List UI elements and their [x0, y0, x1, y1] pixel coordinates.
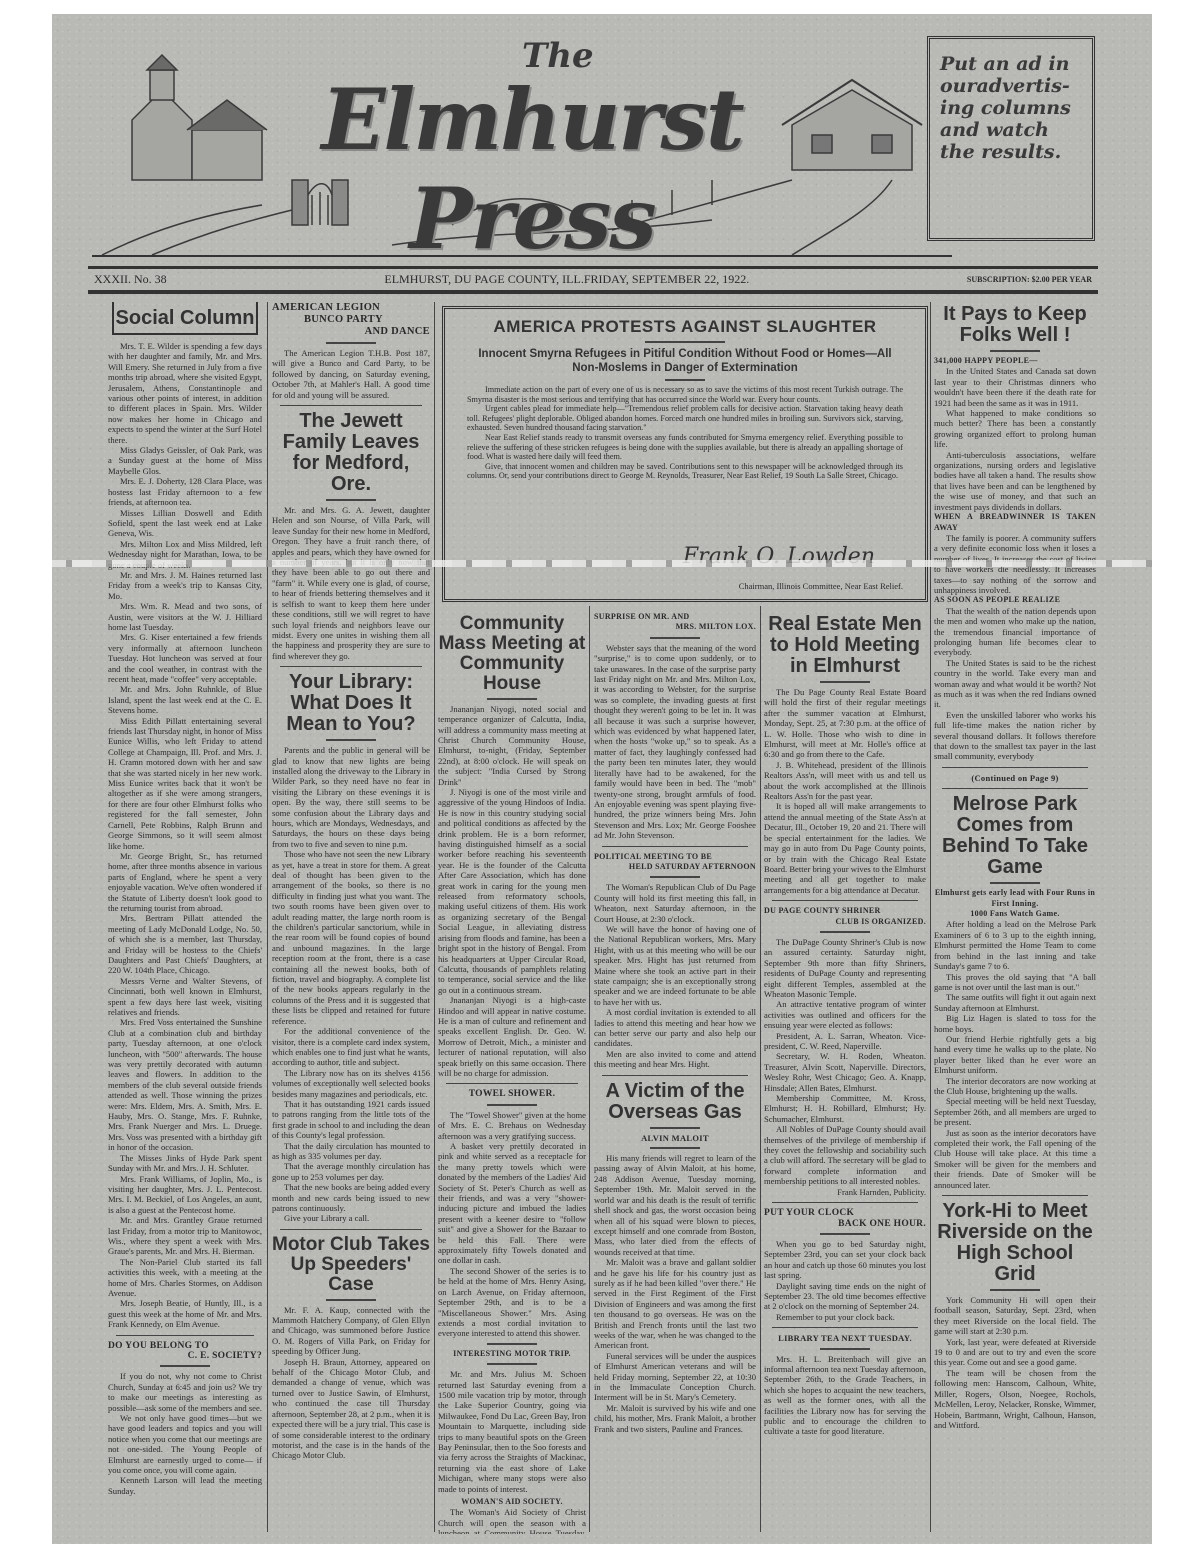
divider	[990, 882, 1040, 884]
paragraph: We will have the honor of having one of …	[594, 924, 756, 1007]
paragraph: Webster says that the meaning of the wor…	[594, 643, 756, 841]
paragraph: J. Niyogi is one of the most virile and …	[438, 787, 586, 995]
divider	[487, 1363, 537, 1365]
subhead: BUNCO PARTY	[272, 314, 430, 326]
paragraph: Mr. and Mrs. J. M. Haines returned last …	[108, 570, 262, 601]
paragraph: Daylight saving time ends on the night o…	[764, 1281, 926, 1312]
near-east-relief-box: AMERICA PROTESTS AGAINST SLAUGHTER Innoc…	[442, 306, 928, 602]
subhead: C. E. SOCIETY?	[108, 1351, 262, 1361]
paragraph: Funeral services will be under the auspi…	[594, 1351, 756, 1403]
subscription-price: SUBSCRIPTION: $2.00 PER YEAR	[967, 275, 1092, 284]
paragraph: A most cordial invitation is extended to…	[594, 1007, 756, 1049]
paragraph: Miss Edith Pillatt entertaining several …	[108, 716, 262, 851]
subhead: DU PAGE COUNTY SHRINER	[764, 906, 926, 916]
divider	[820, 1348, 870, 1350]
paragraph: Immediate action on the part of every on…	[467, 385, 903, 404]
divider	[487, 1343, 537, 1345]
paragraph: In the United States and Canada sat down…	[934, 366, 1096, 408]
column-social: Social Column Mrs. T. E. Wilder is spend…	[108, 302, 262, 1534]
paragraph: Membership Committee, M. Kross, Elmhurst…	[764, 1093, 926, 1124]
divider	[326, 739, 376, 741]
paragraph: Near East Relief stands ready to transmi…	[467, 433, 903, 462]
subhead: INTERESTING MOTOR TRIP.	[438, 1349, 586, 1359]
paragraph: The DuPage County Shriner's Club is now …	[764, 937, 926, 999]
divider	[942, 788, 1088, 789]
paragraph: A basket very prettily decorated in pink…	[438, 1141, 586, 1266]
divider	[772, 1202, 918, 1203]
divider	[942, 1195, 1088, 1196]
divider	[772, 900, 918, 901]
paragraph: Just as soon as the interior decorators …	[934, 1128, 1096, 1190]
paragraph: The Non-Pariel Club started its fall act…	[108, 1257, 262, 1299]
divider	[326, 499, 376, 501]
divider	[602, 846, 748, 847]
divider	[326, 1299, 376, 1301]
headline: AMERICA PROTESTS AGAINST SLAUGHTER	[467, 317, 903, 337]
paragraph: Mrs. Wm. R. Mead and two sons, of Austin…	[108, 601, 262, 632]
divider	[820, 681, 870, 683]
column-rule	[589, 606, 590, 1532]
paragraph: Those who have not seen the new Library …	[272, 849, 430, 1026]
paragraph: J. B. Whitehead, president of the Illino…	[764, 760, 926, 802]
divider	[160, 1365, 210, 1367]
headline: Melrose Park Comes from Behind To Take G…	[934, 794, 1096, 878]
divider	[280, 666, 422, 667]
headline: It Pays to Keep Folks Well !	[934, 304, 1096, 346]
paragraph: Misses Lillian Doswell and Edith Sofield…	[108, 508, 262, 539]
paragraph: Even the unskilled laborer who works his…	[934, 710, 1096, 762]
paragraph: Special meeting will be held next Tuesda…	[934, 1096, 1096, 1127]
paragraph: Give, that innocent women and children m…	[467, 462, 903, 481]
subhead: MRS. MILTON LOX.	[594, 622, 756, 632]
social-column-head-box: Social Column	[112, 302, 258, 335]
paragraph: His many friends will regret to learn of…	[594, 1153, 756, 1257]
paragraph: Jnananjan Niyogi is a high-caste Hindoo …	[438, 995, 586, 1078]
dateline: XXXII. No. 38 ELMHURST, DU PAGE COUNTY, …	[88, 266, 1098, 294]
divider	[820, 1233, 870, 1235]
masthead: The Elmhurst Press	[92, 30, 952, 258]
divider	[116, 1335, 254, 1336]
newspaper-page: The Elmhurst Press Put an ad in ouradver…	[52, 14, 1152, 1544]
divider	[990, 350, 1040, 352]
paragraph: The United States is said to be the rich…	[934, 658, 1096, 710]
paragraph: Mrs. Bertram Pillatt attended the meetin…	[108, 913, 262, 975]
subhead: 1000 Fans Watch Game.	[934, 909, 1096, 919]
divider	[326, 342, 376, 344]
paragraph: Mr. and Mrs. John Ruhnkle, of Blue Islan…	[108, 684, 262, 715]
paragraph: York, last year, were defeated at Rivers…	[934, 1337, 1096, 1368]
subhead: HELD SATURDAY AFTERNOON	[594, 862, 756, 872]
page-fold-tear	[52, 560, 1152, 567]
ad-line: the results.	[940, 141, 1082, 163]
paragraph: Mrs. Frank Williams, of Joplin, Mo., is …	[108, 1174, 262, 1216]
subhead: POLITICAL MEETING TO BE	[594, 852, 756, 862]
subhead: SURPRISE ON MR. AND	[594, 612, 756, 622]
paragraph: Kenneth Larson will lead the meeting Sun…	[108, 1475, 262, 1496]
paragraph: Mr. and Mrs. Julius M. Schoen returned l…	[438, 1369, 586, 1494]
ad-line: ouradvertis-	[940, 75, 1082, 97]
paragraph: If you do not, why not come to Christ Ch…	[108, 1371, 262, 1413]
headline: Social Column	[116, 307, 255, 329]
paragraph: Messrs Verne and Walter Stevens, of Cinc…	[108, 976, 262, 1018]
paragraph: This proves the old saying that "A ball …	[934, 972, 1096, 993]
byline: ALVIN MALOIT	[594, 1133, 756, 1143]
divider	[645, 341, 725, 343]
paragraph: York Community Hi will open their footba…	[934, 1295, 1096, 1337]
column-two: AMERICAN LEGION BUNCO PARTY AND DANCE Th…	[272, 302, 430, 1534]
divider	[650, 876, 700, 878]
ad-line: and watch	[940, 119, 1082, 141]
subhead: LIBRARY TEA NEXT TUESDAY.	[764, 1333, 926, 1343]
paragraph: The Woman's Republican Club of Du Page C…	[594, 882, 756, 924]
subhead: 341,000 HAPPY PEOPLE—	[934, 356, 1096, 366]
paragraph: President, A. L. Sarran, Wheaton. Vice-p…	[764, 1031, 926, 1052]
signature-caption: Chairman, Illinois Committee, Near East …	[739, 581, 903, 591]
paragraph: Urgent cables plead for immediate help—"…	[467, 404, 903, 433]
paragraph: That the wealth of the nation depends up…	[934, 606, 1096, 658]
column-four: SURPRISE ON MR. AND MRS. MILTON LOX. Web…	[594, 612, 756, 1534]
paragraph: Frank Harnden, Publicity.	[764, 1187, 926, 1197]
paragraph: An attractive tentative program of winte…	[764, 999, 926, 1030]
paragraph: Anti-tuberculosis associations, welfare …	[934, 450, 1096, 512]
paragraph: Miss Gladys Geissler, of Oak Park, was a…	[108, 445, 262, 476]
paragraph: Mr. Maloit is survived by his wife and o…	[594, 1403, 756, 1434]
divider	[487, 698, 537, 700]
paragraph: That the average monthly circulation has…	[272, 1161, 430, 1182]
paragraph: What happened to make conditions so much…	[934, 408, 1096, 450]
paragraph: Jnananjan Niyogi, noted social and tempe…	[438, 704, 586, 787]
paragraph: The Misses Jinks of Hyde Park spent Sund…	[108, 1153, 262, 1174]
subhead: WOMAN'S AID SOCIETY.	[438, 1497, 586, 1507]
paragraph: Mr. F. A. Kaup, connected with the Mammo…	[272, 1305, 430, 1357]
headline: Your Library: What Does It Mean to You?	[272, 672, 430, 735]
place-date: ELMHURST, DU PAGE COUNTY, ILL.FRIDAY, SE…	[384, 272, 749, 287]
paragraph: Remember to put your clock back.	[764, 1312, 926, 1322]
ad-line: ing columns	[940, 97, 1082, 119]
headline: The Jewett Family Leaves for Medford, Or…	[272, 411, 430, 495]
divider	[650, 637, 700, 639]
headline: Motor Club Takes Up Speeders' Case	[272, 1235, 430, 1295]
divider	[650, 1147, 700, 1149]
paragraph: The Woman's Aid Society of Christ Church…	[438, 1507, 586, 1534]
paragraph: For the additional convenience of the vi…	[272, 1026, 430, 1068]
subhead: AND DANCE	[272, 326, 430, 338]
paragraph: When you go to bed Saturday night, Septe…	[764, 1239, 926, 1281]
paragraph: Mr. Maloit was a brave and gallant soldi…	[594, 1257, 756, 1351]
paragraph: That the new books are being added every…	[272, 1182, 430, 1213]
divider	[772, 1327, 918, 1328]
divider	[820, 931, 870, 933]
paragraph: The Library now has on its shelves 4156 …	[272, 1068, 430, 1099]
subhead: WHEN A BREADWINNER IS TAKEN AWAY	[934, 512, 1096, 533]
paragraph: The team will be chosen from the followi…	[934, 1368, 1096, 1430]
advertising-box: Put an ad in ouradvertis- ing columns an…	[927, 36, 1095, 241]
subheadline: Innocent Smyrna Refugees in Pitiful Cond…	[467, 347, 903, 375]
paragraph: That it has outstanding 1921 cards issue…	[272, 1099, 430, 1141]
paragraph: Mrs. H. L. Breitenbach will give an info…	[764, 1354, 926, 1437]
divider	[446, 1083, 578, 1084]
headline: A Victim of the Overseas Gas	[594, 1081, 756, 1123]
paragraph: Parents and the public in general will b…	[272, 745, 430, 849]
subhead: CLUB IS ORGANIZED.	[764, 917, 926, 927]
paragraph: After holding a lead on the Melrose Park…	[934, 919, 1096, 971]
subhead: Elmhurst gets early lead with Four Runs …	[934, 888, 1096, 909]
divider	[487, 1104, 537, 1106]
column-six: It Pays to Keep Folks Well ! 341,000 HAP…	[934, 302, 1096, 1534]
divider	[650, 1127, 700, 1129]
paragraph: The Du Page County Real Estate Board wil…	[764, 687, 926, 760]
column-rule	[760, 606, 761, 1532]
paragraph: Our friend Herbie rightfully gets a big …	[934, 1034, 1096, 1076]
subhead: PUT YOUR CLOCK	[764, 1208, 926, 1218]
paragraph: Mr. and Mrs. Grantley Graue returned las…	[108, 1215, 262, 1257]
divider	[665, 379, 705, 381]
subhead: AMERICAN LEGION	[272, 302, 430, 314]
paragraph: We not only have good times—but we have …	[108, 1413, 262, 1475]
paragraph: All Nobles of DuPage County should avail…	[764, 1124, 926, 1186]
divider	[280, 405, 422, 406]
headline: York-Hi to Meet Riverside on the High Sc…	[934, 1201, 1096, 1285]
paragraph: The same outfits will fight it out again…	[934, 992, 1096, 1013]
paragraph: The interior decorators are now working …	[934, 1076, 1096, 1097]
divider	[990, 1289, 1040, 1291]
paragraph: Mrs. T. E. Wilder is spending a few days…	[108, 341, 262, 445]
paragraph: Mr. George Bright, Sr., has returned hom…	[108, 851, 262, 913]
paragraph: Mrs. E. J. Doherty, 128 Clara Place, was…	[108, 476, 262, 507]
paragraph: Big Liz Hagen is slated to toss for the …	[934, 1013, 1096, 1034]
column-rule	[930, 302, 931, 1532]
column-three: Community Mass Meeting at Community Hous…	[438, 612, 586, 1534]
column-rule	[267, 302, 268, 1532]
divider	[280, 1229, 422, 1230]
paragraph: Mr. and Mrs. G. A. Jewett, daughter Hele…	[272, 505, 430, 661]
paragraph: Men are also invited to come and attend …	[594, 1049, 756, 1070]
paragraph: Secretary, W. H. Roden, Wheaton. Treasur…	[764, 1051, 926, 1093]
divider	[602, 1075, 748, 1076]
subhead: AS SOON AS PEOPLE REALIZE	[934, 595, 1096, 605]
subhead: TOWEL SHOWER.	[438, 1089, 586, 1099]
paragraph: Mrs. G. Kiser entertained a few friends …	[108, 632, 262, 684]
divider	[942, 767, 1088, 768]
volume-number: XXXII. No. 38	[94, 272, 167, 287]
column-five: Real Estate Men to Hold Meeting in Elmhu…	[764, 612, 926, 1534]
headline: Real Estate Men to Hold Meeting in Elmhu…	[764, 614, 926, 677]
paragraph: That the daily circulation has mounted t…	[272, 1141, 430, 1162]
continued-note: (Continued on Page 9)	[934, 773, 1096, 783]
paragraph: Mrs. Fred Voss entertained the Sunshine …	[108, 1017, 262, 1152]
paragraph: The second Shower of the series is to be…	[438, 1266, 586, 1339]
paragraph: The "Towel Shower" given at the home of …	[438, 1110, 586, 1141]
paragraph: Mrs. Joseph Beatie, of Huntly, Ill., is …	[108, 1298, 262, 1329]
newspaper-title: Elmhurst Press	[212, 70, 852, 268]
subhead: DO YOU BELONG TO	[108, 1341, 262, 1351]
ad-line: Put an ad in	[940, 53, 1082, 75]
paragraph: Give your Library a call.	[272, 1213, 430, 1223]
paragraph: It is hoped all will make arrangements t…	[764, 801, 926, 895]
paragraph: The American Legion T.H.B. Post 187, wil…	[272, 348, 430, 400]
paragraph: Joseph H. Braun, Attorney, appeared on b…	[272, 1357, 430, 1461]
headline: Community Mass Meeting at Community Hous…	[438, 614, 586, 694]
subhead: BACK ONE HOUR.	[764, 1219, 926, 1229]
column-rule	[434, 302, 435, 1532]
